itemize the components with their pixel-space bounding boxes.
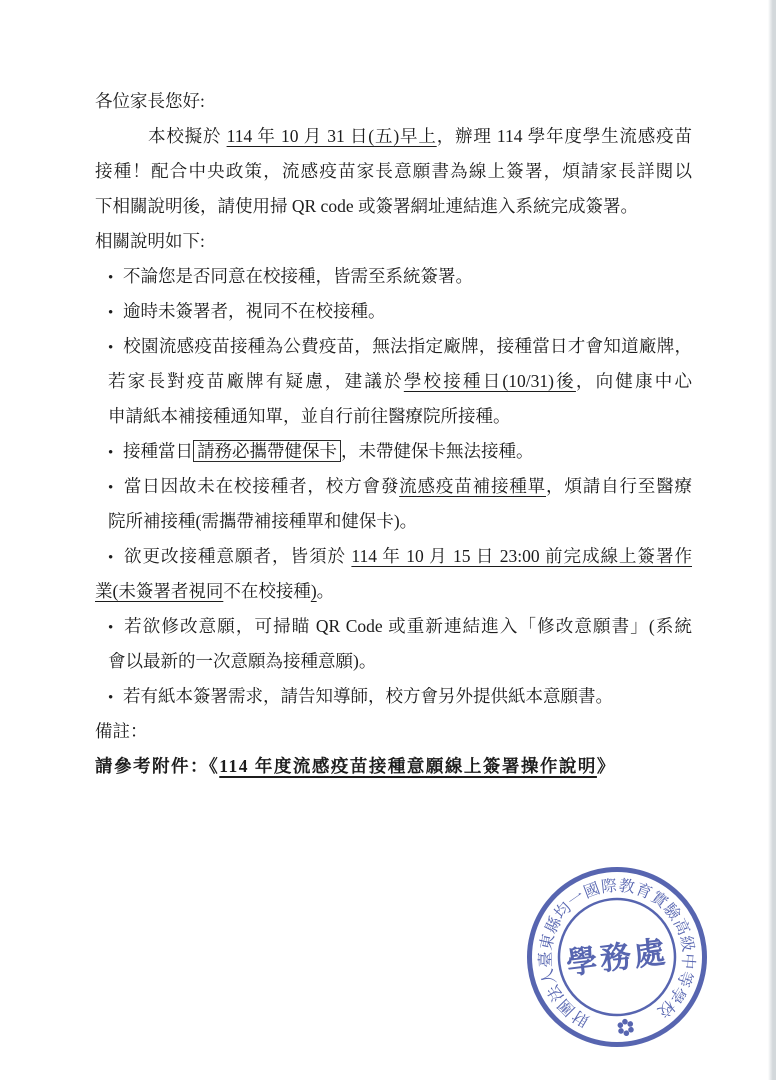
bullet-icon: • <box>108 681 123 716</box>
text-line: 接種！配合中央政策，流感疫苗家長意願書為線上簽署，煩請家長詳閱以 <box>95 154 692 189</box>
text-line: •若有紙本簽署需求，請告知導師，校方會另外提供紙本意願書。 <box>95 679 692 714</box>
text-line: •若欲修改意願，可掃瞄 QR Code 或重新連結進入「修改意願書」(系統 <box>95 609 692 644</box>
underlined-text: 業(未簽署者視同 <box>95 581 223 601</box>
stamp-center-text: 學務處 <box>564 934 670 981</box>
text-line: 請參考附件：《114 年度流感疫苗接種意願線上簽署操作說明》 <box>95 749 692 784</box>
text: 備註： <box>95 721 148 741</box>
text-line: •當日因故未在校接種者，校方會發流感疫苗補接種單，煩請自行至醫療 <box>95 469 692 504</box>
text-line: 本校擬於 114 年 10 月 31 日(五)早上，辦理 114 學年度學生流感… <box>95 119 692 154</box>
text-line: 各位家長您好: <box>95 84 692 119</box>
text: 不在校接種 <box>223 581 311 601</box>
underlined-text: 114 年 10 月 15 日 23:00 前完成線上簽署作 <box>351 546 692 566</box>
underlined-text: 114 年 10 月 31 日(五)早上 <box>227 126 437 146</box>
text: 院所補接種(需攜帶補接種單和健保卡)。 <box>108 511 417 531</box>
letter-body: 各位家長您好:本校擬於 114 年 10 月 31 日(五)早上，辦理 114 … <box>95 84 692 784</box>
text: 接種！配合中央政策，流感疫苗家長意願書為線上簽署，煩請家長詳閱以 <box>95 161 692 181</box>
boxed-text: 請務必攜帶健保卡 <box>193 440 341 462</box>
underlined-text: 流感疫苗補接種單 <box>399 476 546 496</box>
text: ，煩請自行至醫療 <box>546 476 692 496</box>
text: 若家長對疫苗廠牌有疑慮，建議於 <box>108 371 404 391</box>
text-line: 備註： <box>95 714 692 749</box>
text: ，未帶健保卡無法接種。 <box>341 441 534 461</box>
text: 會以最新的一次意願為接種意願)。 <box>108 651 376 671</box>
bullet-icon: • <box>108 436 123 471</box>
text: 各位家長您好: <box>95 91 205 111</box>
text: 下相關說明後，請使用掃 QR code 或簽署網址連結進入系統完成簽署。 <box>95 196 638 216</box>
text: 不論您是否同意在校接種，皆需至系統簽署。 <box>123 266 473 286</box>
text-line: 會以最新的一次意願為接種意願)。 <box>95 644 692 679</box>
text-line: 下相關說明後，請使用掃 QR code 或簽署網址連結進入系統完成簽署。 <box>95 189 692 224</box>
page-edge-shadow <box>768 0 776 1080</box>
text-line: 若家長對疫苗廠牌有疑慮，建議於學校接種日(10/31)後，向健康中心 <box>95 364 692 399</box>
text: 逾時未簽署者，視同不在校接種。 <box>123 301 386 321</box>
text-line: •校園流感疫苗接種為公費疫苗，無法指定廠牌，接種當日才會知道廠牌， <box>95 329 692 364</box>
bullet-icon: • <box>108 471 123 506</box>
text: 若欲修改意願，可掃瞄 QR Code 或重新連結進入「修改意願書」(系統 <box>123 616 692 636</box>
text-line: 申請紙本補接種通知單，並自行前往醫療院所接種。 <box>95 399 692 434</box>
text-line: •逾時未簽署者，視同不在校接種。 <box>95 294 692 329</box>
bullet-icon: • <box>108 331 123 366</box>
text: 當日因故未在校接種者，校方會發 <box>123 476 399 496</box>
text-line: •欲更改接種意願者，皆須於 114 年 10 月 15 日 23:00 前完成線… <box>95 539 692 574</box>
bullet-icon: • <box>108 261 123 296</box>
text-line: 業(未簽署者視同不在校接種)。 <box>95 574 692 609</box>
text: 接種當日 <box>123 441 193 461</box>
bullet-icon: • <box>108 541 123 576</box>
text: 申請紙本補接種通知單，並自行前往醫療院所接種。 <box>108 406 511 426</box>
document-page: 各位家長您好:本校擬於 114 年 10 月 31 日(五)早上，辦理 114 … <box>0 0 776 1080</box>
text: 。 <box>317 581 335 601</box>
text: ，向健康中心 <box>576 371 692 391</box>
student-affairs-stamp: 財團法人臺東縣均一國際教育實驗高級中等學校 學務處 <box>522 862 712 1052</box>
text: 本校擬於 <box>148 126 227 146</box>
text: 校園流感疫苗接種為公費疫苗，無法指定廠牌，接種當日才會知道廠牌， <box>123 336 692 356</box>
bullet-icon: • <box>108 611 123 646</box>
text-line: 相關說明如下: <box>95 224 692 259</box>
text: 欲更改接種意願者，皆須於 <box>123 546 351 566</box>
text: 若有紙本簽署需求，請告知導師，校方會另外提供紙本意願書。 <box>123 686 613 706</box>
text: ，辦理 114 學年度學生流感疫苗 <box>437 126 692 146</box>
text-line: •接種當日請務必攜帶健保卡，未帶健保卡無法接種。 <box>95 434 692 469</box>
text-line: 院所補接種(需攜帶補接種單和健保卡)。 <box>95 504 692 539</box>
plum-blossom-icon <box>617 1018 635 1037</box>
text-line: •不論您是否同意在校接種，皆需至系統簽署。 <box>95 259 692 294</box>
underlined-text: 學校接種日(10/31)後 <box>404 371 576 391</box>
text: 相關說明如下: <box>95 231 205 251</box>
bullet-icon: • <box>108 296 123 331</box>
bold-underlined-text: 114 年度流感疫苗接種意願線上簽署操作說明 <box>219 756 597 776</box>
bold-text: 》 <box>597 756 616 776</box>
bold-text: 請參考附件：《 <box>95 756 219 776</box>
